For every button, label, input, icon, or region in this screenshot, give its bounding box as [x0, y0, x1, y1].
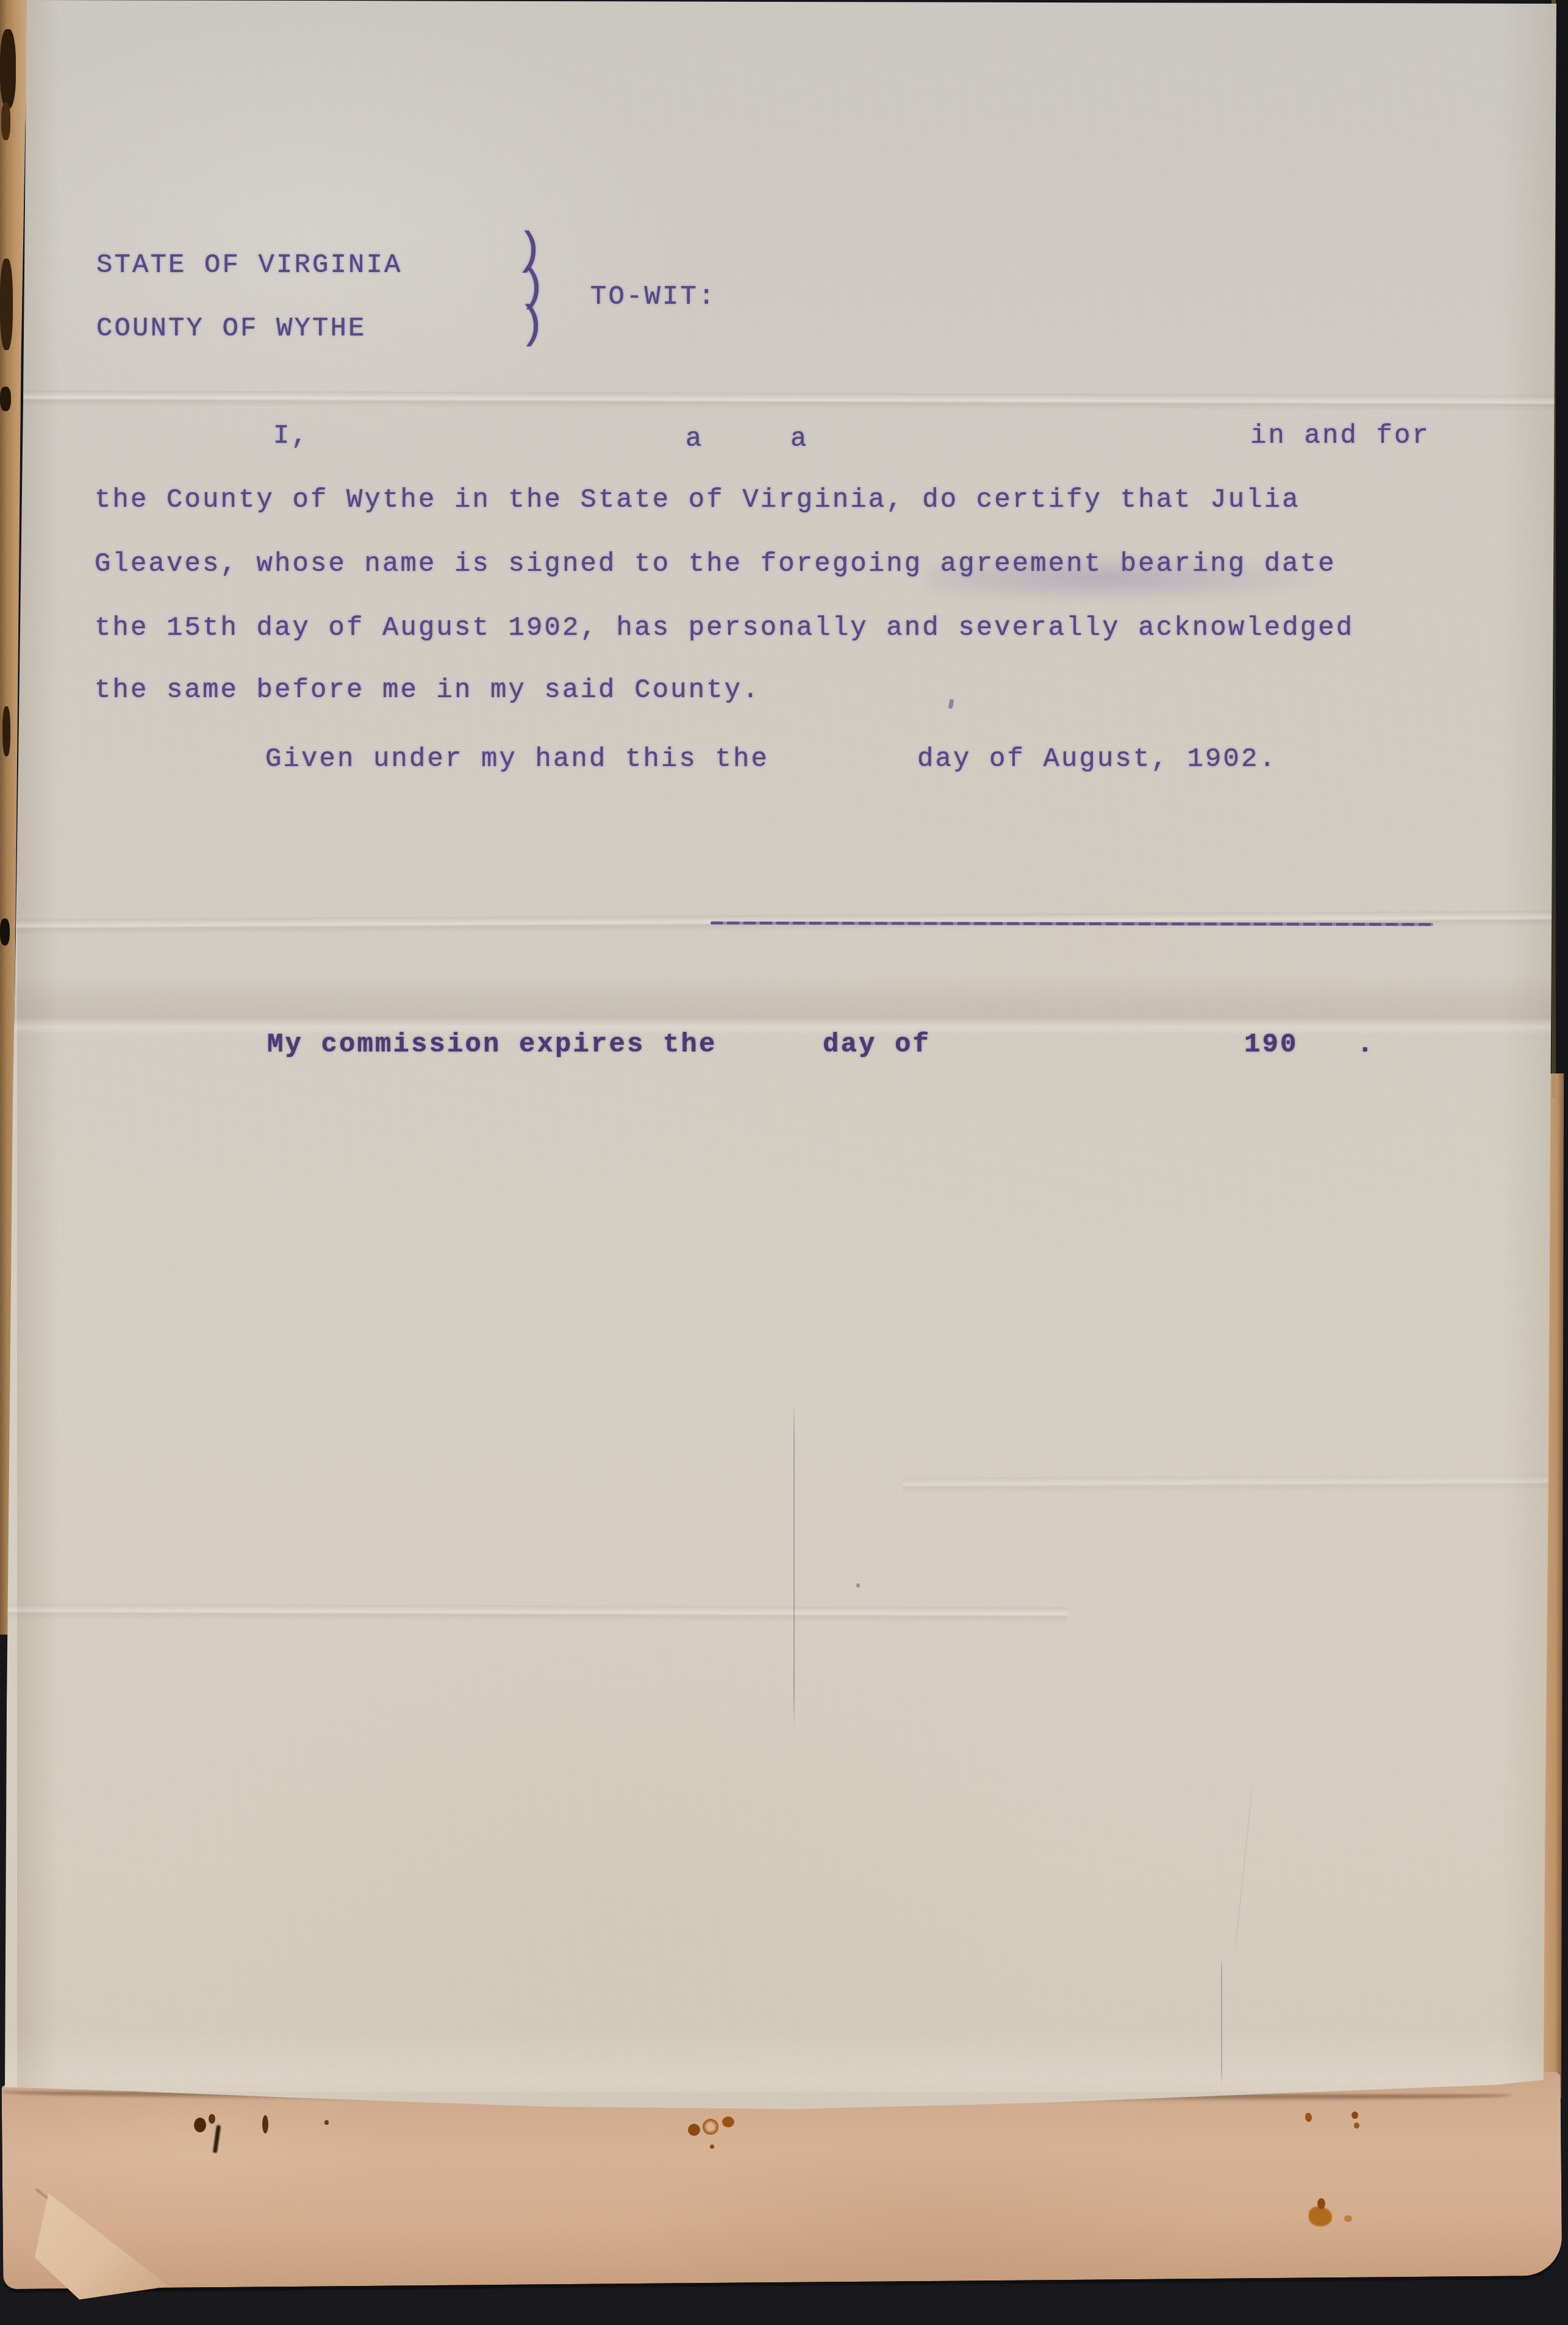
backing-torn-edge-mark: [2, 706, 10, 756]
rust-stain: [324, 2120, 329, 2125]
to-wit-label: TO-WIT:: [590, 284, 717, 310]
rust-stain: [722, 2116, 734, 2127]
backing-torn-edge-mark: [1, 102, 10, 140]
rust-stain: [1309, 2207, 1332, 2226]
body-line4: the 15th day of August 1902, has persona…: [95, 615, 1354, 642]
faint-scratch: [1233, 1779, 1253, 1961]
rust-stain: [194, 2118, 206, 2132]
backing-torn-edge-mark: [0, 29, 16, 109]
rust-stain: [1354, 2123, 1359, 2129]
body-salutation: I,: [273, 423, 309, 450]
blank-filler-a1: a: [686, 426, 704, 453]
page-left-shading: [17, 0, 60, 2092]
given-line-start: Given under my hand this the: [265, 746, 769, 773]
commission-period: .: [1357, 1031, 1375, 1058]
page-bottom-highlight: [0, 2031, 1568, 2092]
body-line2: the County of Wythe in the State of Virg…: [95, 487, 1300, 514]
document-page: STATE OF VIRGINIA COUNTY OF WYTHE ) ) ) …: [0, 0, 1568, 2325]
county-line: COUNTY OF WYTHE: [96, 315, 367, 342]
body-line3: Gleaves, whose name is signed to the for…: [95, 551, 1336, 578]
vertical-scratch: [1221, 1955, 1222, 2085]
state-line: STATE OF VIRGINIA: [96, 252, 403, 279]
rust-stain: [1317, 2198, 1325, 2209]
body-line1-end: in and for: [1250, 423, 1430, 450]
rust-stain: [1351, 2112, 1358, 2119]
commission-year: 190: [1244, 1031, 1298, 1058]
paper-speck: [856, 1583, 860, 1588]
rust-stain: [703, 2119, 718, 2135]
scanned-document: STATE OF VIRGINIA COUNTY OF WYTHE ) ) ) …: [0, 0, 1568, 2325]
rust-stain: [688, 2124, 700, 2136]
fold-crease: [0, 390, 1568, 411]
brace-bottom: ): [518, 302, 546, 348]
rust-stain: [209, 2114, 215, 2124]
backing-torn-edge-mark: [0, 259, 13, 350]
stray-ink-mark: [948, 698, 954, 709]
fold-crease: [0, 1603, 1067, 1623]
fold-crease: [903, 1474, 1568, 1493]
body-line5: the same before me in my said County.: [95, 677, 761, 704]
fold-discoloration-band: [0, 973, 1568, 1034]
commission-line-start: My commission expires the: [267, 1031, 717, 1058]
rust-stain: [710, 2144, 714, 2149]
backing-crease-notch: [0, 387, 11, 411]
blank-filler-a2: a: [790, 426, 809, 453]
backing-crease-notch: [0, 919, 10, 945]
rust-stain: [1344, 2215, 1352, 2222]
rust-stain: [262, 2115, 268, 2133]
vertical-scratch: [793, 1402, 795, 1731]
commission-day-of: day of: [823, 1031, 931, 1058]
given-line-end: day of August, 1902.: [917, 746, 1277, 773]
